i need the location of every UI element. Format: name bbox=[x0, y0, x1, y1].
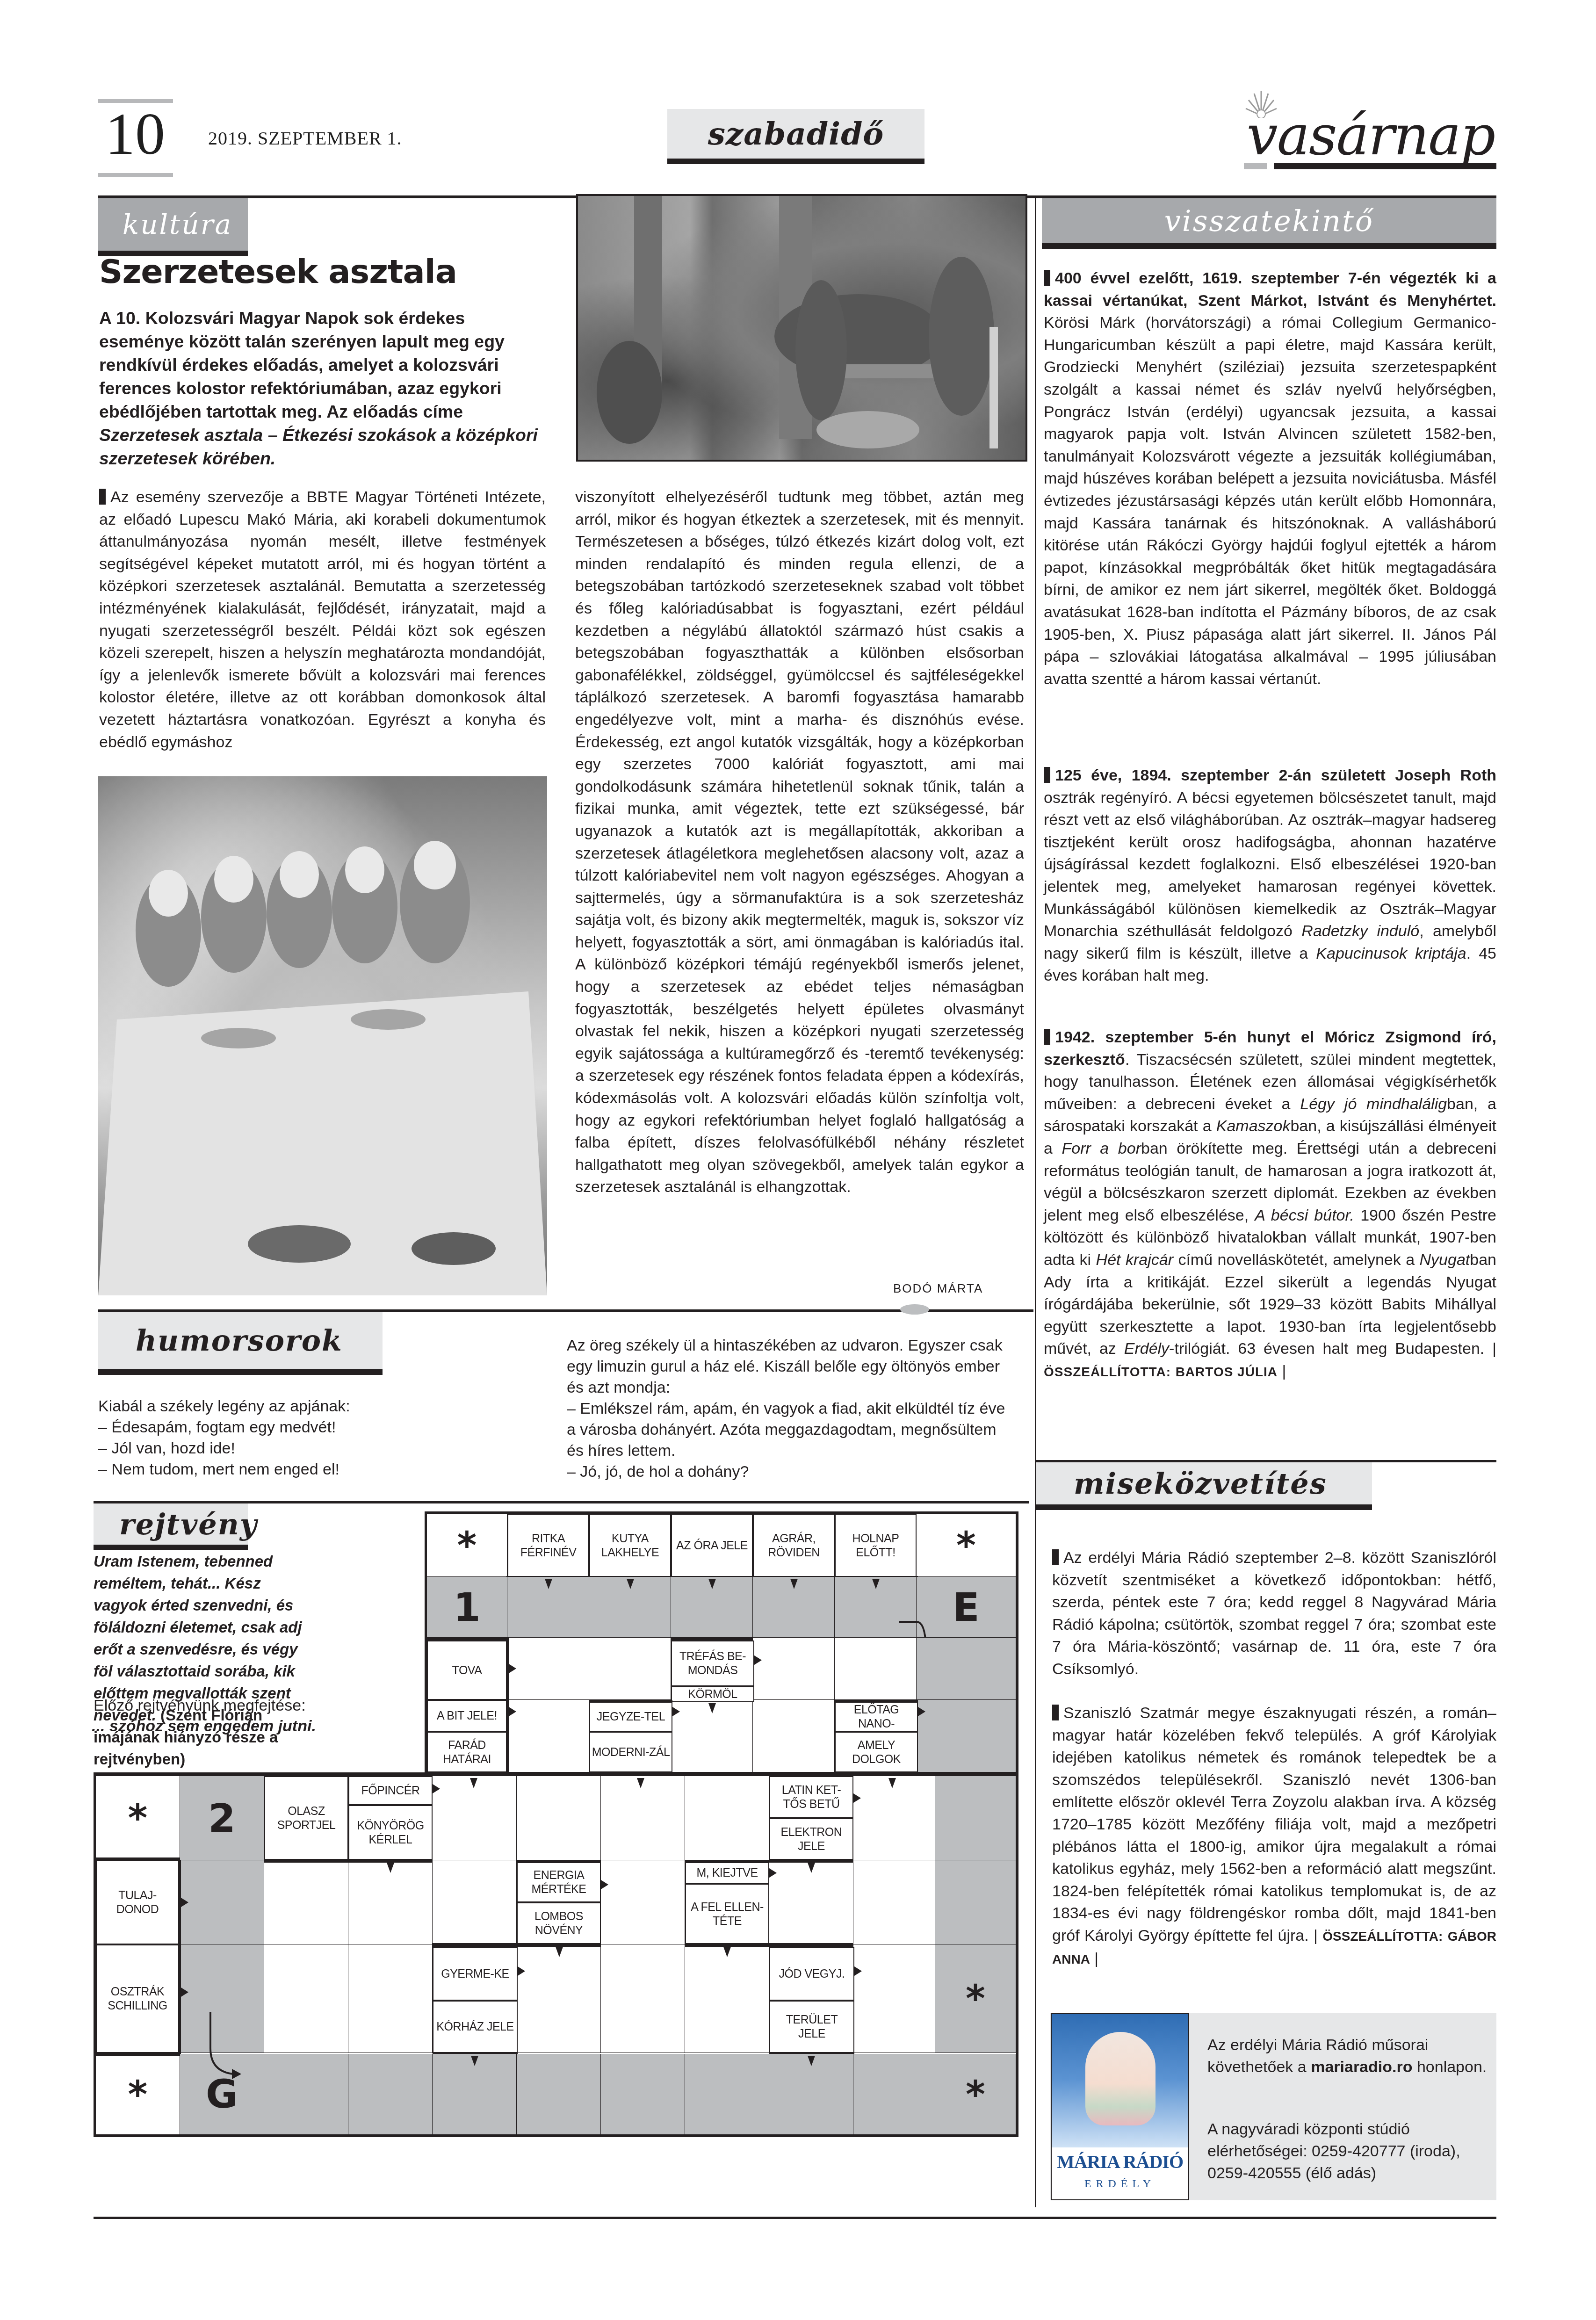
arrow-right-icon bbox=[518, 1966, 525, 1976]
arrow-right-icon bbox=[433, 1784, 440, 1793]
arrow-down-icon bbox=[872, 1579, 880, 1589]
clue-jegyzetel: JEGYZE-TEL bbox=[589, 1700, 672, 1732]
painting-figures bbox=[578, 196, 1025, 460]
credit-end: | bbox=[1090, 1950, 1098, 1967]
fresco-figures bbox=[98, 776, 547, 1295]
paragraph-marker bbox=[1044, 767, 1050, 783]
arrow-down-icon bbox=[637, 1778, 644, 1788]
bottom-rule bbox=[94, 2217, 1496, 2219]
clue-gyermeke: GYERME-KE bbox=[433, 1947, 518, 2001]
crossword-cell[interactable] bbox=[348, 1863, 433, 1944]
paragraph-marker bbox=[1044, 1029, 1050, 1045]
clue-terulet-jele: TERÜLET JELE bbox=[769, 2001, 854, 2053]
misekozvetites-label-text: miseközvetítés bbox=[1074, 1467, 1327, 1501]
arrow-down-icon bbox=[545, 1579, 552, 1589]
arrow-right-icon bbox=[918, 1707, 925, 1716]
arrow-down-icon bbox=[387, 1863, 394, 1873]
clue-jod-vegyjele: JÓD VEGYJ. bbox=[769, 1947, 854, 2001]
solution-cell[interactable] bbox=[918, 1700, 1016, 1772]
kultura-label-text: kultúra bbox=[123, 209, 232, 240]
clue-holnap-elott: HOLNAP ELŐTT! bbox=[835, 1514, 917, 1577]
solution-row-1-number: 1 bbox=[427, 1577, 507, 1638]
arrow-right-icon bbox=[509, 1664, 516, 1673]
radio-website-info: Az erdélyi Mária Rádió műsorai követhető… bbox=[1207, 2034, 1488, 2078]
logo-wordmark: vasárnap bbox=[1247, 103, 1495, 167]
article-body-column-1: Az esemény szervezője a BBTE Magyar Tört… bbox=[99, 486, 546, 753]
credit-end: | bbox=[1278, 1362, 1286, 1380]
crossword-cell[interactable] bbox=[589, 1638, 671, 1700]
crossword-star-cell: * bbox=[917, 1514, 1016, 1577]
clue-farad-hatarai: FARÁD HATÁRAI bbox=[427, 1732, 509, 1772]
history-item-1942: 1942. szeptember 5-én hunyt el Móricz Zs… bbox=[1044, 1026, 1496, 1383]
arrow-right-icon bbox=[754, 1655, 762, 1665]
clue-a-bit-jele: A BIT JELE! bbox=[427, 1700, 509, 1732]
newspaper-logo: vasárnap bbox=[1244, 94, 1496, 168]
arrow-right-icon bbox=[769, 1868, 777, 1878]
arrow-right-icon bbox=[601, 1880, 608, 1889]
arrow-down-icon bbox=[808, 1863, 815, 1873]
crossword-cell[interactable] bbox=[685, 1947, 769, 2053]
history-item-text: -trilógiát. 63 évesen halt meg Budapeste… bbox=[1169, 1340, 1496, 1358]
clue-energia-merteke: ENERGIA MÉRTÉKE bbox=[517, 1860, 601, 1902]
article-byline: BODÓ MÁRTA bbox=[893, 1281, 983, 1296]
book-title: Kamaszok bbox=[1216, 1117, 1291, 1135]
arrow-down-icon bbox=[790, 1579, 798, 1589]
mass-schedule: Az erdélyi Mária Rádió szeptember 2–8. k… bbox=[1052, 1547, 1496, 1681]
book-title: Kapucinusok kriptája bbox=[1316, 945, 1466, 962]
lead-text: A 10. Kolozsvári Magyar Napok sok érdeke… bbox=[99, 308, 505, 421]
book-title: Hét krajcár bbox=[1096, 1251, 1173, 1269]
crossword-cell[interactable] bbox=[601, 1776, 685, 1860]
grid-thick-line bbox=[427, 1637, 509, 1641]
arrow-right-icon bbox=[181, 1898, 188, 1907]
madonna-image bbox=[1085, 2032, 1155, 2125]
solution-cell[interactable] bbox=[517, 2054, 601, 2135]
clue-korhaz-jele: KÓRHÁZ JELE bbox=[433, 2001, 518, 2053]
clue-amely-dolgok: AMELY DOLGOK bbox=[835, 1732, 918, 1772]
crossword-cell[interactable] bbox=[433, 1776, 517, 1860]
clue-kutya-lakhelye: KUTYA LAKHELYE bbox=[589, 1514, 671, 1577]
clue-osztrak-schilling: OSZTRÁK SCHILLING bbox=[96, 1944, 181, 2053]
article-headline: Szerzetesek asztala bbox=[99, 253, 457, 291]
puzzle-intro: Uram Istenem, tebenned reméltem, tehát..… bbox=[94, 1550, 309, 1770]
solution-cell[interactable] bbox=[853, 2054, 935, 2135]
radio-info-text: honlapon. bbox=[1412, 2058, 1487, 2076]
radio-logo-subtitle: ERDÉLY bbox=[1052, 2178, 1188, 2190]
grid-thick-line bbox=[685, 1943, 769, 1947]
lead-lecture-title: Szerzetesek asztala – Étkezési szokások … bbox=[99, 425, 538, 468]
arrow-down-icon bbox=[888, 1778, 896, 1788]
grid-thick-line bbox=[264, 1859, 433, 1863]
visszatekinto-label-text: visszatekintő bbox=[1164, 204, 1374, 238]
page-number-rule-bottom bbox=[98, 173, 173, 177]
crossword-cell[interactable] bbox=[509, 1638, 589, 1700]
crossword-cell[interactable] bbox=[264, 1863, 348, 1944]
crossword-cell[interactable] bbox=[753, 1700, 835, 1772]
body-col2-text: viszonyított elhelyezéséről tudtunk meg … bbox=[575, 488, 1024, 1196]
clue-modernizal: MODERNI-ZÁL bbox=[589, 1732, 672, 1772]
history-item-text: Körösi Márk (horvátországi) a római Coll… bbox=[1044, 314, 1496, 688]
crossword-cell[interactable] bbox=[835, 1638, 917, 1700]
book-title: Nyugat bbox=[1420, 1251, 1470, 1269]
grid-thick-line bbox=[671, 1637, 753, 1641]
solution-cell[interactable] bbox=[601, 2054, 685, 2135]
clue-kormol: KÖRMÖL bbox=[671, 1686, 754, 1702]
crossword-cell[interactable] bbox=[601, 1944, 685, 2053]
previous-solution: ... szóhoz sem engedem jutni. bbox=[92, 1717, 316, 1735]
kitchen-painting-photo bbox=[576, 194, 1027, 462]
arrow-down-icon bbox=[708, 1703, 716, 1713]
crossword-star-cell: * bbox=[96, 1776, 180, 1860]
arrow-down-icon bbox=[627, 1579, 634, 1589]
visszatekinto-label: visszatekintő bbox=[1042, 198, 1496, 249]
paragraph-marker bbox=[1044, 270, 1050, 286]
paragraph-marker bbox=[1052, 1705, 1059, 1720]
body-col1-text: Az esemény szervezője a BBTE Magyar Tört… bbox=[99, 488, 546, 751]
mass-schedule-text: Az erdélyi Mária Rádió szeptember 2–8. k… bbox=[1052, 1549, 1496, 1678]
book-title: A bécsi bútor. bbox=[1255, 1207, 1354, 1224]
grid-thick-line bbox=[94, 1772, 1018, 1776]
credit-label: ÖSSZEÁLLÍTOTTA: bbox=[1044, 1365, 1171, 1379]
clue-ritka-ferfinev: RITKA FÉRFINÉV bbox=[507, 1514, 589, 1577]
crossword-star-cell: * bbox=[427, 1514, 507, 1577]
grid-thick-line bbox=[517, 1943, 601, 1947]
crossword-cell[interactable] bbox=[601, 1860, 685, 1944]
previous-solution-label: Előző rejtvényünk megfejtése: bbox=[94, 1697, 306, 1715]
book-title: Erdély bbox=[1124, 1340, 1169, 1358]
solution-cell[interactable] bbox=[348, 2054, 433, 2135]
history-item-1619: 400 évvel ezelőtt, 1619. szeptember 7-én… bbox=[1044, 267, 1496, 690]
arrow-down-icon bbox=[723, 1947, 731, 1957]
arrow-right-icon bbox=[672, 1707, 680, 1716]
solution-cell[interactable] bbox=[935, 1776, 1016, 1860]
history-item-heading: 400 évvel ezelőtt, 1619. szeptember 7-én… bbox=[1044, 269, 1496, 310]
crossword-cell[interactable] bbox=[854, 1944, 935, 2053]
logo-rule-black bbox=[1274, 163, 1496, 169]
village-history: Szaniszló Szatmár megye északnyugati rés… bbox=[1052, 1702, 1496, 1970]
history-item-text: című novelláskötetét, amelynek a bbox=[1173, 1251, 1420, 1269]
arrow-down-icon bbox=[470, 1778, 477, 1788]
grid-thick-line bbox=[769, 1943, 853, 1947]
rejtveny-label: rejtvény bbox=[94, 1503, 248, 1550]
clue-a-fel-ellentete: A FEL ELLEN-TÉTE bbox=[685, 1884, 769, 1944]
crossword-cell[interactable] bbox=[853, 1776, 935, 1860]
arrow-right-icon bbox=[181, 1988, 188, 1997]
radio-website-link[interactable]: mariaradio.ro bbox=[1311, 2058, 1412, 2076]
issue-date: 2019. SZEPTEMBER 1. bbox=[208, 127, 402, 149]
page-number: 10 bbox=[105, 104, 165, 164]
solution-cell[interactable] bbox=[935, 1860, 1016, 1944]
history-item-1894: 125 éve, 1894. szeptember 2-án született… bbox=[1044, 765, 1496, 987]
radio-contact-info: A nagyváradi központi stúdió elérhetőség… bbox=[1207, 2118, 1488, 2184]
solution-cell[interactable] bbox=[685, 2054, 769, 2135]
joke-1: Kiabál a székely legény az apjának: – Éd… bbox=[98, 1396, 435, 1480]
crossword-cell[interactable] bbox=[509, 1700, 589, 1772]
clue-agrar-roviden: AGRÁR, RÖVIDEN bbox=[753, 1514, 835, 1577]
joke-line: – Jól van, hozd ide! bbox=[98, 1438, 435, 1459]
paragraph-marker bbox=[99, 489, 106, 505]
kultura-label: kultúra bbox=[98, 198, 248, 256]
arrow-right-icon bbox=[853, 1793, 861, 1803]
crossword-cell[interactable] bbox=[685, 1776, 769, 1860]
column-divider bbox=[1035, 198, 1036, 1503]
crossword-cell[interactable] bbox=[769, 1863, 853, 1944]
solution-cell[interactable] bbox=[917, 1638, 1016, 1700]
clue-tulajdonod: TULAJ-DONOD bbox=[96, 1860, 181, 1944]
monks-fresco-photo bbox=[98, 776, 547, 1295]
book-title: Forr a bor bbox=[1062, 1140, 1141, 1157]
clue-elektron-jele: ELEKTRON JELE bbox=[769, 1818, 853, 1860]
arrow-right-icon bbox=[509, 1707, 516, 1716]
section-tag: szabadidő bbox=[667, 109, 924, 164]
column-divider bbox=[1035, 1459, 1036, 2207]
clue-tova: TOVA bbox=[427, 1641, 509, 1700]
article-body-column-2: viszonyított elhelyezéséről tudtunk meg … bbox=[575, 486, 1024, 1199]
book-title: Radetzky induló bbox=[1301, 922, 1419, 940]
crossword-cell[interactable] bbox=[433, 1860, 517, 1944]
arrow-down-icon bbox=[808, 2056, 815, 2066]
joke-2: Az öreg székely ül a hintaszékében az ud… bbox=[567, 1335, 1016, 1482]
clue-lombos-noveny: LOMBOS NÖVÉNY bbox=[517, 1902, 601, 1944]
arrow-right-icon bbox=[854, 1966, 862, 1976]
solution-cell[interactable] bbox=[264, 2054, 348, 2135]
crossword-cell[interactable] bbox=[517, 1776, 601, 1860]
arrow-down-icon bbox=[471, 2056, 478, 2066]
clue-konyorog-kerlel: KÖNYÖRÖG KÉRLEL bbox=[348, 1805, 433, 1860]
grid-thick-line bbox=[433, 1943, 517, 1947]
article-lead: A 10. Kolozsvári Magyar Napok sok érdeke… bbox=[99, 306, 548, 470]
credit-name: BARTOS JÚLIA bbox=[1176, 1365, 1278, 1379]
rule-ornament bbox=[900, 1304, 929, 1315]
crossword-star-cell: * bbox=[96, 2054, 180, 2135]
credit-label: ÖSSZEÁLLÍTOTTA: bbox=[1322, 1929, 1443, 1944]
village-history-text: Szaniszló Szatmár megye északnyugati rés… bbox=[1052, 1704, 1496, 1944]
radio-logo-name: MÁRIA RÁDIÓ bbox=[1052, 2151, 1188, 2173]
crossword-cell[interactable] bbox=[264, 1944, 348, 2053]
book-title: Légy jó mindhalálig bbox=[1300, 1095, 1447, 1113]
joke-line: – Nem tudom, mert nem enged el! bbox=[98, 1459, 435, 1480]
section-tag-label: szabadidő bbox=[708, 116, 884, 152]
solution-row-2-number: 2 bbox=[180, 1776, 264, 1860]
history-item-heading: 125 éve, 1894. szeptember 2-án született… bbox=[1055, 766, 1496, 784]
rejtveny-label-text: rejtvény bbox=[119, 1507, 258, 1541]
maria-radio-logo: MÁRIA RÁDIÓ ERDÉLY bbox=[1051, 2013, 1189, 2200]
solution-cell[interactable] bbox=[181, 1860, 264, 1944]
clue-olasz-sportjel: OLASZ SPORTJEL bbox=[264, 1776, 348, 1860]
crossword-cell[interactable] bbox=[518, 1947, 601, 2053]
history-item-text: osztrák regényíró. A bécsi egyetemen böl… bbox=[1044, 789, 1496, 940]
grid-thick-line bbox=[769, 1859, 853, 1863]
crossword-star-cell: * bbox=[935, 2054, 1016, 2135]
arrow-down-icon bbox=[556, 1947, 563, 1957]
curved-arrow-icon bbox=[206, 2011, 248, 2081]
clue-elotag-nano: ELŐTAG NANO- bbox=[835, 1700, 918, 1732]
clue-m-kiejtve: M, KIEJTVE bbox=[685, 1860, 769, 1884]
logo-rule-grey bbox=[1244, 163, 1267, 169]
joke-line: Kiabál a székely legény az apjának: bbox=[98, 1396, 435, 1417]
humorsorok-label: humorsorok bbox=[98, 1312, 383, 1375]
crossword-star-cell: * bbox=[935, 1944, 1016, 2053]
arrow-down-icon bbox=[708, 1579, 716, 1589]
paragraph-marker bbox=[1052, 1549, 1059, 1565]
clue-fopincer: FŐPINCÉR bbox=[348, 1776, 433, 1805]
clue-trefas-bemondas: TRÉFÁS BE-MONDÁS bbox=[671, 1641, 754, 1686]
crossword-cell[interactable] bbox=[348, 1944, 433, 2053]
misekozvetites-label: miseközvetítés bbox=[1036, 1462, 1372, 1510]
joke-line: – Édesapám, fogtam egy medvét! bbox=[98, 1417, 435, 1438]
clue-az-ora-jele: AZ ÓRA JELE bbox=[671, 1514, 753, 1577]
crossword-cell[interactable] bbox=[754, 1638, 835, 1700]
humorsorok-label-text: humorsorok bbox=[136, 1323, 343, 1358]
clue-latin-kettos-betu: LATIN KET-TŐS BETŰ bbox=[769, 1776, 853, 1818]
crossword-cell[interactable] bbox=[853, 1860, 935, 1944]
